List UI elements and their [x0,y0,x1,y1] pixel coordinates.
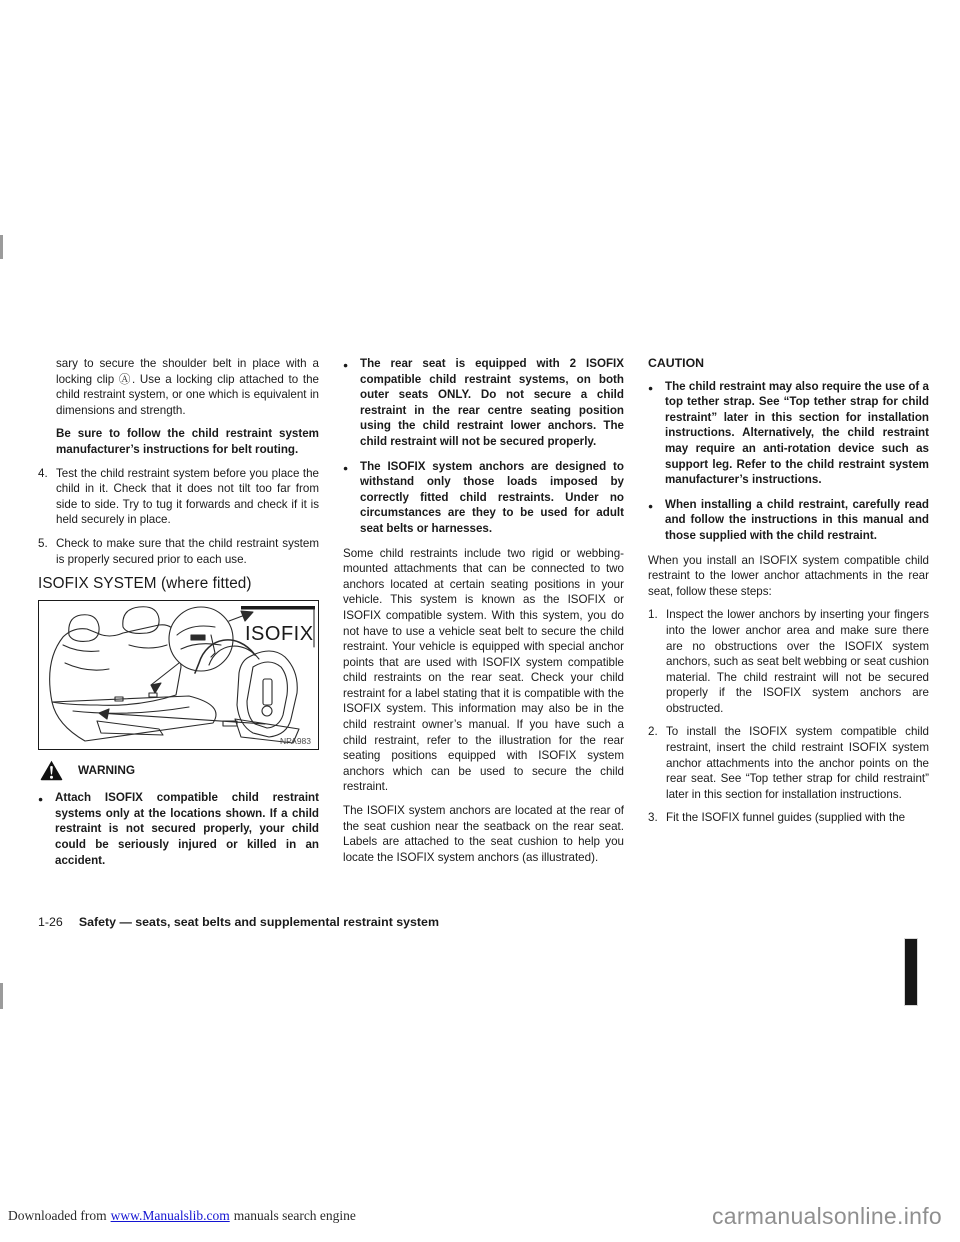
seat-crease-3 [129,645,167,648]
step-text: Inspect the lower anchors by inserting y… [666,607,929,716]
downloaded-from-line: Downloaded fromwww.Manualslib.commanuals… [8,1208,356,1224]
warning-title: WARNING [78,763,135,779]
numbered-step-4: 4. Test the child restraint system befor… [38,466,319,528]
step-number: 1. [648,607,666,716]
scan-artifact-left-top [0,235,3,259]
label-flap [97,721,163,735]
body-paragraph: The ISOFIX system anchors are located at… [343,803,624,865]
section-heading-isofix: ISOFIX SYSTEM (where fitted) [38,575,319,593]
cushion-crease [73,707,189,713]
column-left: sary to secure the shoulder belt in plac… [38,356,319,877]
warning-header: WARNING [40,760,319,781]
harness-strap [263,679,272,705]
bullet-icon: ● [343,356,360,450]
bullet-item-text: The rear seat is equipped with 2 ISOFIX … [360,356,624,450]
headrest-left [69,615,99,642]
caution-item-text: When installing a child restraint, caref… [665,497,929,544]
bullet-icon: ● [648,379,665,488]
numbered-step-1: 1. Inspect the lower anchors by insertin… [648,607,929,716]
caution-bullet-item: ● The child restraint may also require t… [648,379,929,488]
step-text: Check to make sure that the child restra… [56,536,319,567]
scan-artifact-left-bottom [0,983,3,1009]
arrowhead-bottom [99,709,109,719]
pointer-line-anchor [151,663,179,685]
body-paragraph: Some child restraints include two rigid … [343,546,624,796]
harness-buckle [262,706,272,716]
caution-title: CAUTION [648,356,929,372]
step-number: 4. [38,466,56,528]
isofix-illustration: ISOFIX NPA983 [39,601,317,748]
manualslib-link[interactable]: www.Manualslib.com [111,1208,230,1223]
column-right: CAUTION ● The child restraint may also r… [648,356,929,834]
caution-item-text: The child restraint may also require the… [665,379,929,488]
bullet-icon: ● [648,497,665,544]
chapter-title: Safety — seats, seat belts and supplemen… [79,915,439,929]
arrowhead-anchor [151,683,161,693]
page-number: 1-26 [38,915,63,929]
step-text: Fit the ISOFIX funnel guides (supplied w… [666,810,929,826]
step-text: Test the child restraint system before y… [56,466,319,528]
child-seat-inner [247,662,287,728]
bullet-icon: ● [38,790,55,868]
arrowhead-label [241,611,253,621]
install-intro-paragraph: When you install an ISOFIX system compat… [648,553,929,600]
bullet-item: ● The ISOFIX system anchors are designed… [343,459,624,537]
numbered-step-2: 2. To install the ISOFIX system compatib… [648,724,929,802]
warning-bullet-item: ● Attach ISOFIX compatible child restrai… [38,790,319,868]
figure-code: NPA983 [280,736,311,746]
lower-anchor-right [149,693,157,697]
bullet-item: ● The rear seat is equipped with 2 ISOFI… [343,356,624,450]
step-number: 3. [648,810,666,826]
bullet-item-text: The ISOFIX system anchors are designed t… [360,459,624,537]
bullet-icon: ● [343,459,360,537]
step-number: 2. [648,724,666,802]
scan-artifact-right-black [905,939,917,1005]
numbered-step-3: 3. Fit the ISOFIX funnel guides (supplie… [648,810,929,826]
belt-routing-note: Be sure to follow the child restraint sy… [56,426,319,457]
isofix-label-topbar [241,606,315,610]
downloaded-prefix: Downloaded from [8,1208,107,1223]
isofix-label-text: ISOFIX [245,623,314,645]
page-footer: 1-26 Safety — seats, seat belts and supp… [38,915,439,929]
isofix-figure: ISOFIX NPA983 [38,600,319,750]
downloaded-suffix: manuals search engine [234,1208,356,1223]
warning-item-text: Attach ISOFIX compatible child restraint… [55,790,319,868]
inset-anchor-bar [191,635,205,640]
caution-bullet-item: ● When installing a child restraint, car… [648,497,929,544]
carmanualsonline-watermark: carmanualsonline.info [712,1203,942,1230]
seat-crease-1 [63,645,99,651]
warning-triangle-icon [40,760,63,781]
column-middle: ● The rear seat is equipped with 2 ISOFI… [343,356,624,873]
step-text: To install the ISOFIX system compatible … [666,724,929,802]
continued-paragraph: sary to secure the shoulder belt in plac… [56,356,319,418]
step-number: 5. [38,536,56,567]
seat-crease-2 [65,663,109,670]
numbered-step-5: 5. Check to make sure that the child res… [38,536,319,567]
